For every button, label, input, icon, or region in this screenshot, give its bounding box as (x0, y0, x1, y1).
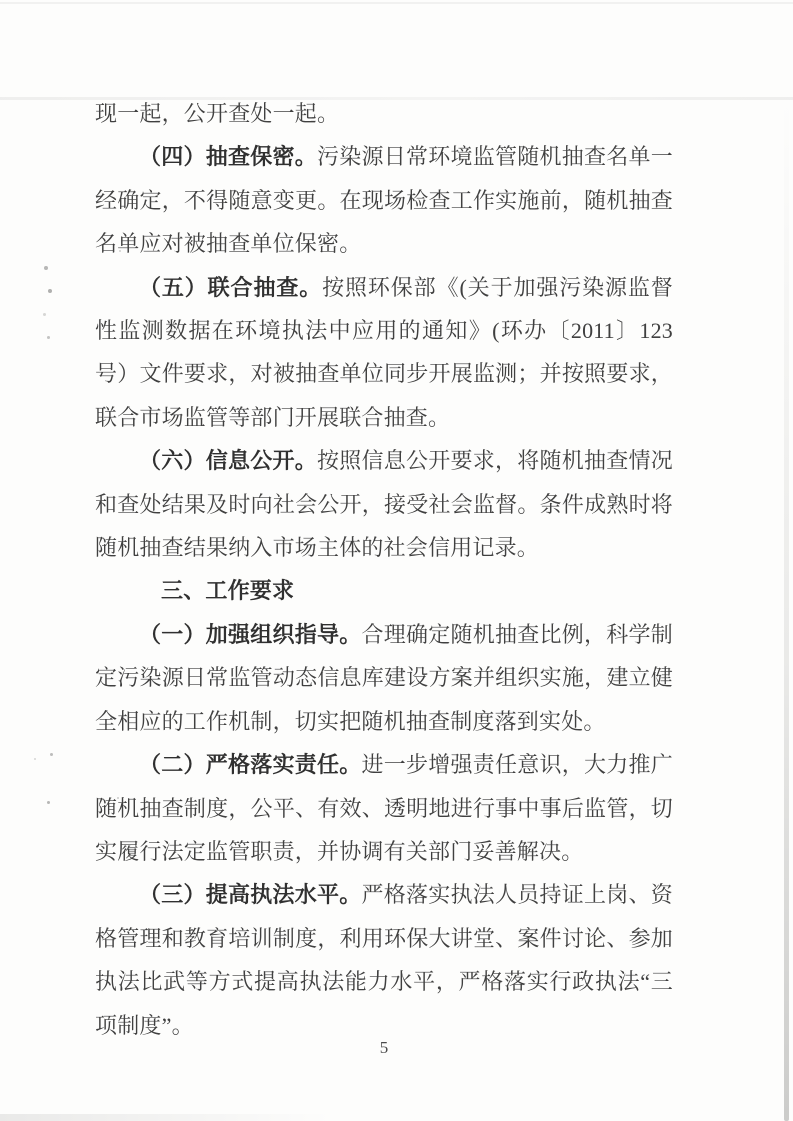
document-body: 现一起，公开查处一起。（四）抽查保密。污染源日常环境监管随机抽查名单一经确定，不… (95, 92, 673, 1047)
scan-speck (50, 753, 53, 756)
page-number: 5 (95, 1038, 673, 1058)
scan-top-edge-line (0, 2, 793, 4)
scan-speck (117, 797, 119, 799)
scanned-document-page: 现一起，公开查处一起。（四）抽查保密。污染源日常环境监管随机抽查名单一经确定，不… (0, 0, 793, 1121)
section-heading: 三、工作要求 (95, 569, 673, 612)
scan-speck (44, 266, 48, 270)
scan-speck (47, 801, 50, 804)
scan-speck (47, 336, 50, 339)
scan-speck (48, 289, 52, 293)
scan-right-edge-shadow (784, 100, 789, 1121)
paragraph: （五）联合抽查。按照环保部《(关于加强污染源监督性监测数据在环境执法中应用的通知… (95, 266, 673, 440)
paragraph: （三）提高执法水平。严格落实执法人员持证上岗、资格管理和教育培训制度，利用环保大… (95, 873, 673, 1047)
paragraph-lead: （六）信息公开。 (139, 448, 317, 473)
paragraph: （六）信息公开。按照信息公开要求，将随机抽查情况和查处结果及时向社会公开，接受社… (95, 439, 673, 569)
paragraph-text: 现一起，公开查处一起。 (95, 101, 339, 126)
paragraph-lead: （四）抽查保密。 (139, 144, 317, 169)
paragraph-lead: （三）提高执法水平。 (139, 882, 362, 907)
paragraph: （二）严格落实责任。进一步增强责任意识，大力推广随机抽查制度，公平、有效、透明地… (95, 743, 673, 873)
paragraph: 现一起，公开查处一起。 (95, 92, 673, 135)
paragraph-lead: （五）联合抽查。 (139, 275, 322, 300)
scan-speck (119, 250, 121, 252)
paragraph: （四）抽查保密。污染源日常环境监管随机抽查名单一经确定，不得随意变更。在现场检查… (95, 135, 673, 265)
paragraph-lead: （一）加强组织指导。 (139, 622, 362, 647)
paragraph-lead: 三、工作要求 (161, 578, 294, 603)
scan-bottom-edge-shadow (0, 1114, 330, 1121)
paragraph-lead: （二）严格落实责任。 (139, 752, 362, 777)
paragraph: （一）加强组织指导。合理确定随机抽查比例，科学制定污染源日常监管动态信息库建设方… (95, 613, 673, 743)
scan-speck (43, 313, 46, 316)
scan-speck (34, 758, 36, 760)
